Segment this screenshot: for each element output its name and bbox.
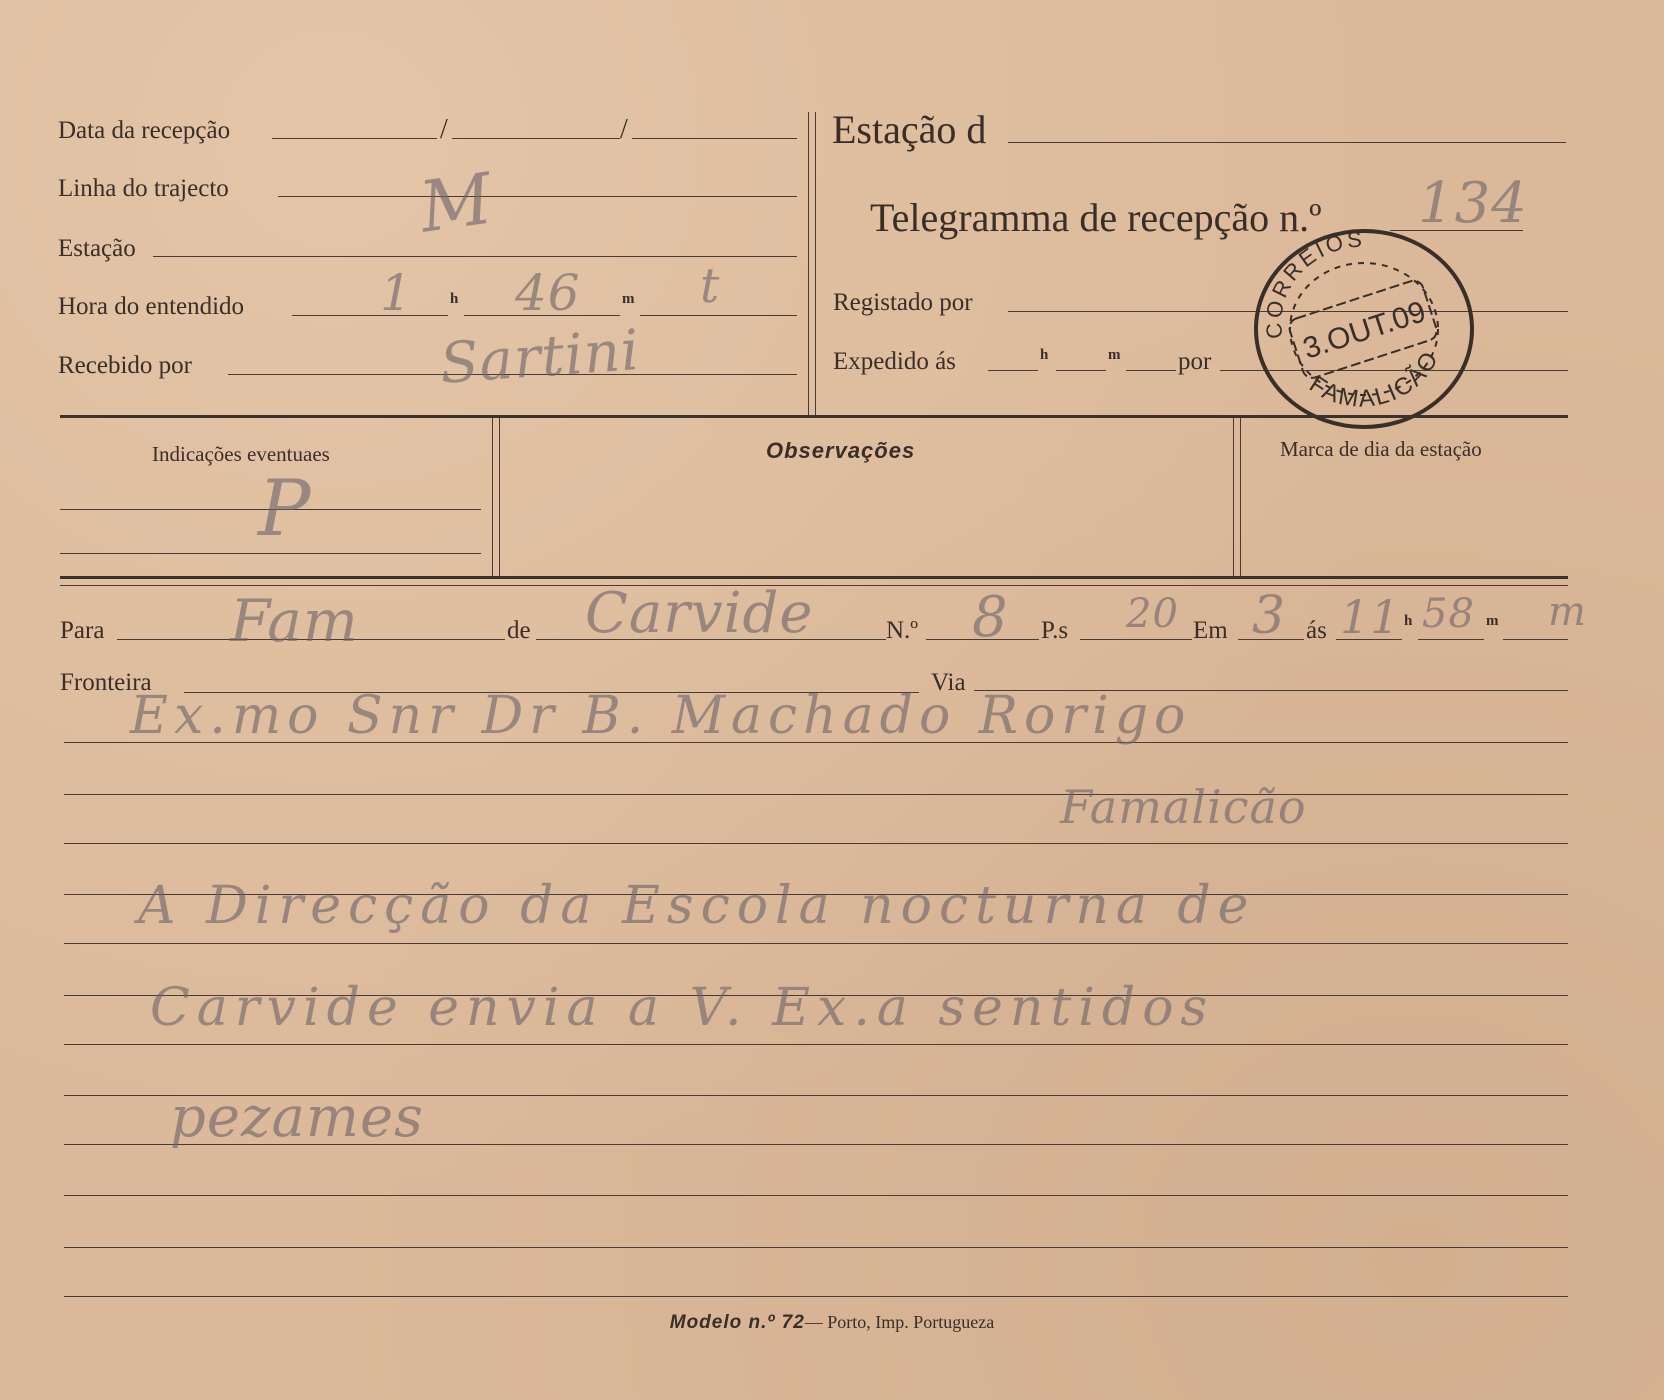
form-footer: Modelo n.º 72— Porto, Imp. Portugueza [0, 1312, 1664, 1334]
expedido-m-unit: m [1108, 348, 1121, 363]
linha-trajecto-label: Linha do trajecto [58, 176, 229, 201]
as-hour-handwriting: 11 [1340, 594, 1401, 640]
recebido-por-signature: Sartini [438, 323, 641, 393]
marca-dia-area[interactable] [1244, 470, 1564, 570]
linha-trajecto-handwriting: M [415, 163, 497, 242]
message-rule [64, 1296, 1568, 1297]
estacao-d-field[interactable] [1008, 142, 1566, 143]
as-h-unit: h [1404, 614, 1412, 629]
marca-dia-estacao-label: Marca de dia da estação [1280, 439, 1482, 460]
observacoes-area[interactable] [503, 470, 1230, 570]
message-rule [64, 1247, 1568, 1248]
message-rule [64, 794, 1568, 795]
estacao-d-label: Estação d [832, 110, 986, 150]
postmark-stamp: CORREIOS FAMALICÃO 3.OUT.09 [1253, 228, 1475, 430]
registado-por-label: Registado por [833, 290, 973, 315]
numero-handwriting: 8 [972, 590, 1009, 646]
message-rule [64, 843, 1568, 844]
date-separator-2: / [620, 116, 628, 144]
expedido-as-label: Expedido ás [833, 349, 956, 374]
message-rule [64, 1195, 1568, 1196]
expedido-h-unit: h [1040, 348, 1048, 363]
as-suffix-handwriting: m [1548, 592, 1587, 632]
message-line-5: pezames [170, 1090, 424, 1146]
as-minute-field[interactable] [1418, 639, 1484, 640]
message-line-3: A Direcção da Escola nocturna de [138, 880, 1255, 932]
numero-label: N.º [886, 618, 918, 643]
data-day-field[interactable] [272, 138, 437, 139]
de-handwriting: Carvide [585, 586, 814, 642]
footer-printer: — Porto, Imp. Portugueza [805, 1312, 994, 1332]
palavras-label: P.s [1041, 618, 1068, 643]
postmark-date: 3.OUT.09 [1299, 295, 1430, 366]
expedido-m-field[interactable] [1056, 370, 1106, 371]
boxes-bottom-separator [60, 576, 1568, 579]
as-label: ás [1306, 618, 1327, 643]
message-rule [64, 1044, 1568, 1045]
as-minute-handwriting: 58 [1422, 594, 1475, 634]
em-handwriting: 3 [1252, 590, 1286, 642]
data-recepcao-label: Data da recepção [58, 118, 230, 143]
observacoes-heading: Observações [766, 440, 915, 462]
as-m-unit: m [1486, 614, 1499, 629]
footer-model-number: Modelo n.º 72 [670, 1312, 805, 1333]
header-divider-line-1 [808, 112, 809, 415]
de-label: de [507, 618, 531, 643]
observacoes-left-border-1 [492, 418, 493, 576]
hora-suffix-field[interactable] [640, 315, 797, 316]
palavras-field[interactable] [1080, 639, 1192, 640]
marca-left-border-1 [1233, 418, 1234, 576]
message-line-1: Ex.mo Snr Dr B. Machado Rorigo [130, 690, 1191, 742]
hora-m-handwriting: 46 [515, 268, 581, 318]
date-separator-1: / [440, 116, 448, 144]
message-line-4: Carvide envia a V. Ex.a sentidos [150, 982, 1214, 1034]
observacoes-left-border-2 [499, 418, 500, 576]
hora-h-handwriting: 1 [380, 268, 413, 318]
indicacoes-handwriting: P [258, 470, 311, 548]
header-divider-line-2 [815, 112, 816, 415]
estacao-field[interactable] [153, 256, 797, 257]
expedido-h-field[interactable] [988, 370, 1038, 371]
hora-suffix-handwriting: t [700, 262, 720, 310]
recebido-por-label: Recebido por [58, 353, 192, 378]
palavras-handwriting: 20 [1126, 594, 1179, 634]
as-suffix-field[interactable] [1503, 639, 1568, 640]
telegramma-number-handwriting: 134 [1418, 176, 1528, 232]
data-year-field[interactable] [632, 138, 797, 139]
postmark-icon: CORREIOS FAMALICÃO 3.OUT.09 [1253, 228, 1475, 430]
message-line-2: Famalicão [1060, 784, 1307, 830]
marca-left-border-2 [1240, 418, 1241, 576]
header-separator [60, 415, 1568, 418]
message-rule [64, 943, 1568, 944]
hora-m-unit: m [622, 292, 635, 307]
hora-entendido-label: Hora do entendido [58, 294, 244, 319]
indicacoes-eventuaes-label: Indicações eventuaes [152, 444, 330, 465]
hora-h-field[interactable] [292, 315, 448, 316]
expedido-por-label: por [1178, 349, 1211, 374]
boxes-bottom-separator-thin [60, 585, 1568, 586]
para-label: Para [60, 618, 104, 643]
para-handwriting: Fam [230, 592, 359, 650]
estacao-label: Estação [58, 236, 136, 261]
em-label: Em [1193, 618, 1228, 643]
data-month-field[interactable] [452, 138, 620, 139]
expedido-extra-field[interactable] [1126, 370, 1176, 371]
hora-h-unit: h [450, 292, 458, 307]
linha-trajecto-field[interactable] [278, 196, 797, 197]
